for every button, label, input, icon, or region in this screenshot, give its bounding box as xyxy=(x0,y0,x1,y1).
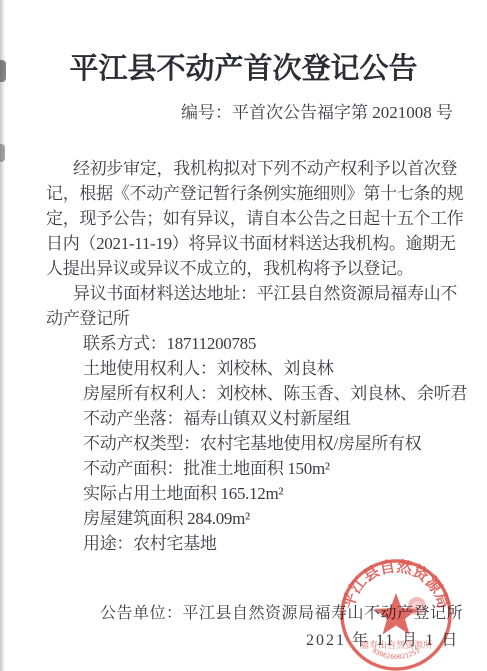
field-contact: 联系方式：18711200785 xyxy=(46,331,458,356)
body-line: 经初步审定，我机构拟对下列不动产权利予以首次登 xyxy=(46,156,458,181)
field-land-rights-holder: 土地使用权利人：刘校林、刘良林 xyxy=(46,356,458,381)
announcement-body: 经初步审定，我机构拟对下列不动产权利予以首次登 记，根据《不动产登记暂行条例实施… xyxy=(46,156,458,556)
seal-emblem-icon xyxy=(408,597,426,615)
announcement-page: 平江县不动产首次登记公告 编号：平首次公告福字第 2021008 号 经初步审定… xyxy=(0,0,487,671)
body-line: 异议书面材料送达地址：平江县自然资源局福寿山不 xyxy=(46,281,458,306)
document-number: 编号：平首次公告福字第 2021008 号 xyxy=(0,101,487,125)
field-property-location: 不动产坐落：福寿山镇双义村新屋组 xyxy=(46,406,458,431)
body-line: 日内（2021-11-19）将异议书面材料送达我机构。逾期无 xyxy=(46,231,458,256)
official-seal: 平江县自然资源局 福寿山自然资源所 4306260021253 xyxy=(336,554,456,671)
body-line: 记，根据《不动产登记暂行条例实施细则》第十七条的规 xyxy=(46,181,458,206)
seal-subtitle: 福寿山自然资源所 xyxy=(360,639,432,650)
scan-smudge xyxy=(0,144,5,162)
field-property-area: 不动产面积：批准土地面积 150m² xyxy=(46,456,458,481)
scan-edge-artifact xyxy=(0,0,5,671)
field-property-type: 不动产权类型：农村宅基地使用权/房屋所有权 xyxy=(46,431,458,456)
field-building-area: 房屋建筑面积 284.09m² xyxy=(46,506,458,531)
field-occupied-area: 实际占用土地面积 165.12m² xyxy=(46,481,458,506)
scan-smudge xyxy=(0,60,6,82)
body-line: 人提出异议或异议不成立的，我机构将予以登记。 xyxy=(46,256,458,281)
field-house-rights-holder: 房屋所有权利人：刘校林、陈玉香、刘良林、余听君 xyxy=(46,381,458,406)
page-title: 平江县不动产首次登记公告 xyxy=(0,48,487,90)
field-usage: 用途：农村宅基地 xyxy=(46,531,458,556)
body-line: 定，现予公告；如有异议，请自本公告之日起十五个工作 xyxy=(46,206,458,231)
body-line: 动产登记所 xyxy=(46,306,458,331)
